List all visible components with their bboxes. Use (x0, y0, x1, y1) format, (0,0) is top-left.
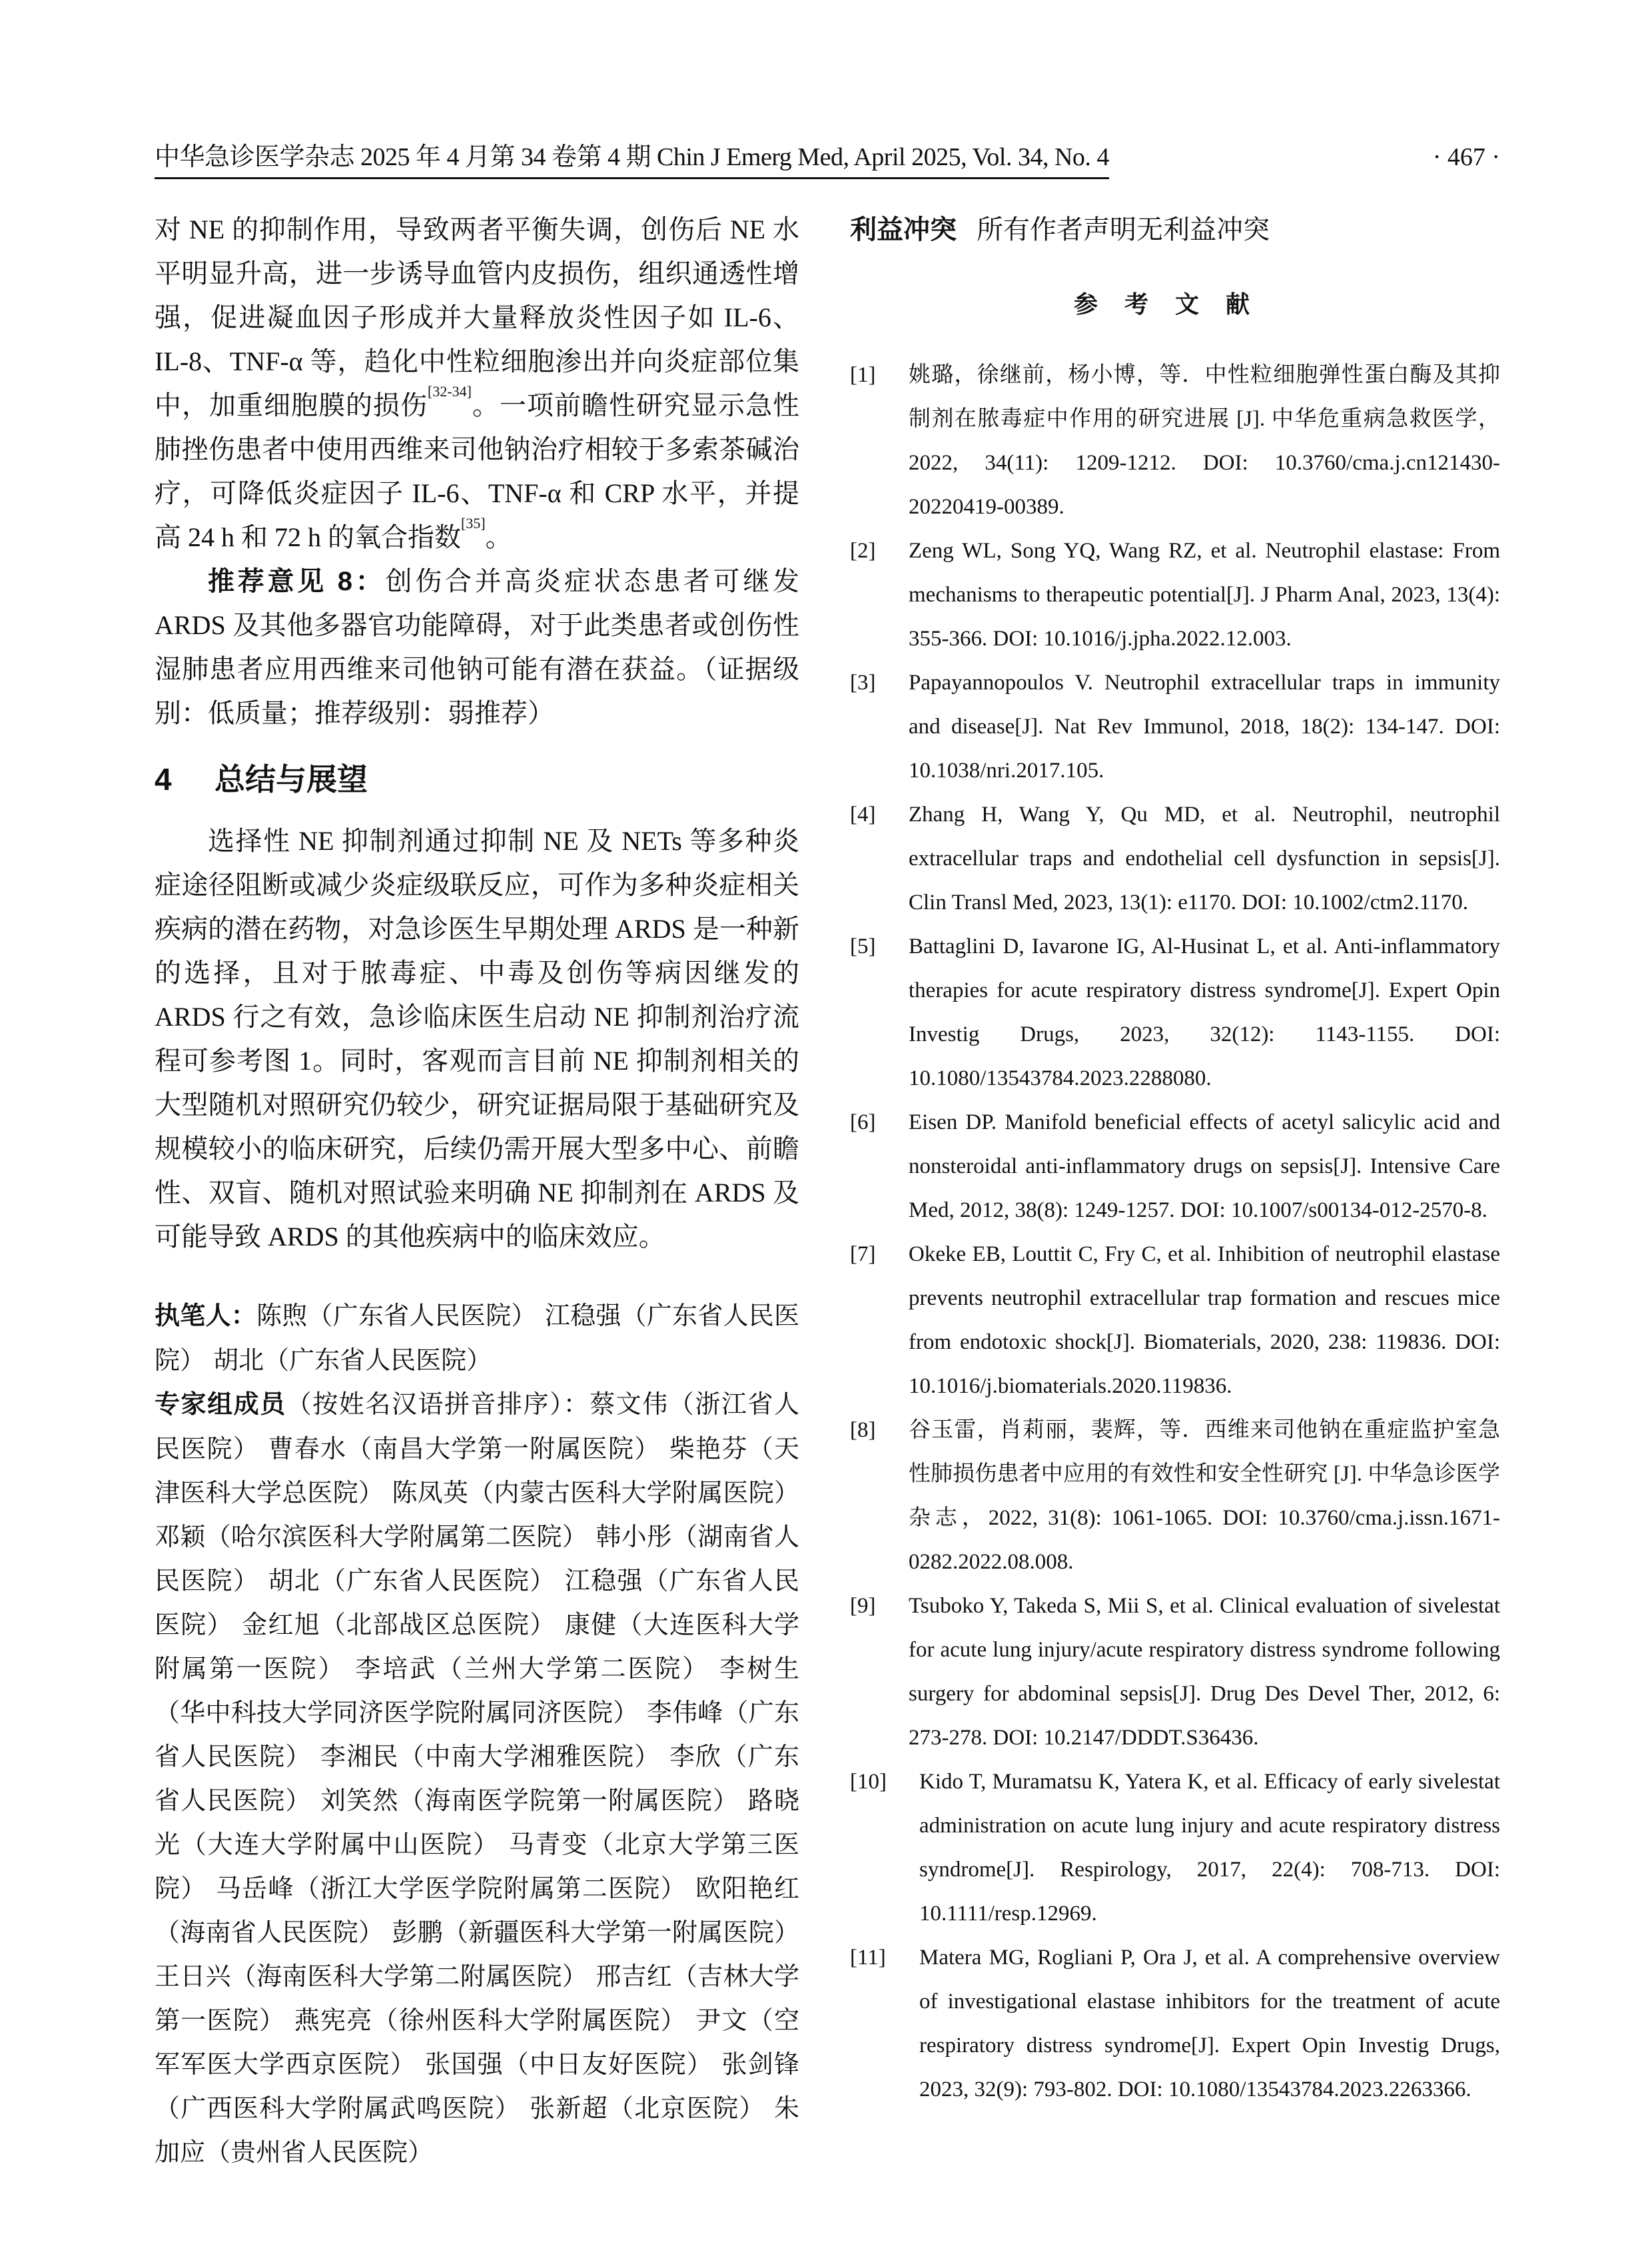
reference-number: [7] (850, 1232, 875, 1276)
writers: 执笔人：陈煦（广东省人民医院） 江稳强（广东省人民医院） 胡北（广东省人民医院） (155, 1294, 799, 1382)
paragraph-trauma-ne: 对 NE 的抑制作用，导致两者平衡失调，创伤后 NE 水平明显升高，进一步诱导血… (155, 208, 799, 560)
citation-32-34: [32-34] (428, 383, 472, 400)
reference-number: [9] (850, 1584, 875, 1628)
reference-number: [3] (850, 661, 875, 705)
reference-item: [4]Zhang H, Wang Y, Qu MD, et al. Neutro… (850, 793, 1500, 925)
summary-paragraph: 选择性 NE 抑制剂通过抑制 NE 及 NETs 等多种炎症途径阻断或减少炎症级… (155, 819, 799, 1259)
recommendation-label: 推荐意见 8： (208, 567, 385, 596)
experts-label: 专家组成员 (155, 1391, 286, 1419)
reference-item: [7]Okeke EB, Louttit C, Fry C, et al. In… (850, 1232, 1500, 1408)
recommendation-8: 推荐意见 8：创伤合并高炎症状态患者可继发 ARDS 及其他多器官功能障碍，对于… (155, 560, 799, 735)
right-column: 利益冲突所有作者声明无利益冲突 参考文献 [1]姚璐，徐继前，杨小博，等．中性粒… (850, 208, 1500, 2111)
reference-item: [9]Tsuboko Y, Takeda S, Mii S, et al. Cl… (850, 1584, 1500, 1760)
section-heading: 4总结与展望 (155, 759, 799, 799)
reference-item: [1]姚璐，徐继前，杨小博，等．中性粒细胞弹性蛋白酶及其抑制剂在脓毒症中作用的研… (850, 353, 1500, 529)
reference-number: [6] (850, 1100, 875, 1144)
reference-item: [11]Matera MG, Rogliani P, Ora J, et al.… (850, 1936, 1500, 2111)
reference-number: [2] (850, 529, 875, 573)
section-number: 4 (155, 759, 214, 799)
reference-item: [8]谷玉雷，肖莉丽，裴辉，等．西维来司他钠在重症监护室急性肺损伤患者中应用的有… (850, 1408, 1500, 1584)
reference-item: [2]Zeng WL, Song YQ, Wang RZ, et al. Neu… (850, 529, 1500, 661)
reference-number: [10] (850, 1760, 887, 1804)
reference-number: [5] (850, 925, 875, 968)
reference-text: 姚璐，徐继前，杨小博，等．中性粒细胞弹性蛋白酶及其抑制剂在脓毒症中作用的研究进展… (909, 363, 1500, 519)
reference-list: [1]姚璐，徐继前，杨小博，等．中性粒细胞弹性蛋白酶及其抑制剂在脓毒症中作用的研… (850, 353, 1500, 2111)
page-number: · 467 · (1433, 139, 1500, 176)
reference-text: Zhang H, Wang Y, Qu MD, et al. Neutrophi… (909, 803, 1500, 915)
left-column: 对 NE 的抑制作用，导致两者平衡失调，创伤后 NE 水平明显升高，进一步诱导血… (155, 208, 799, 2174)
contributors-block: 执笔人：陈煦（广东省人民医院） 江稳强（广东省人民医院） 胡北（广东省人民医院）… (155, 1294, 799, 2174)
conflict-text: 所有作者声明无利益冲突 (977, 214, 1270, 244)
reference-text: Matera MG, Rogliani P, Ora J, et al. A c… (919, 1946, 1500, 2101)
reference-item: [5]Battaglini D, Iavarone IG, Al-Husinat… (850, 925, 1500, 1100)
reference-text: 谷玉雷，肖莉丽，裴辉，等．西维来司他钠在重症监护室急性肺损伤患者中应用的有效性和… (909, 1418, 1500, 1574)
reference-text: Tsuboko Y, Takeda S, Mii S, et al. Clini… (909, 1594, 1500, 1750)
experts: 专家组成员（按姓名汉语拼音排序）：蔡文伟（浙江省人民医院） 曹春水（南昌大学第一… (155, 1382, 799, 2174)
reference-text: Zeng WL, Song YQ, Wang RZ, et al. Neutro… (909, 539, 1500, 651)
experts-sort-note: （按姓名汉语拼音排序）： (286, 1389, 590, 1419)
references-heading: 参考文献 (850, 288, 1500, 321)
citation-35: [35] (461, 515, 486, 532)
writers-label: 执笔人： (155, 1302, 256, 1330)
conflict-of-interest: 利益冲突所有作者声明无利益冲突 (850, 208, 1500, 252)
reference-text: Papayannopoulos V. Neutrophil extracellu… (909, 671, 1500, 783)
reference-text: Kido T, Muramatsu K, Yatera K, et al. Ef… (919, 1770, 1500, 1926)
reference-item: [10]Kido T, Muramatsu K, Yatera K, et al… (850, 1760, 1500, 1936)
conflict-label: 利益冲突 (850, 215, 957, 244)
reference-text: Okeke EB, Louttit C, Fry C, et al. Inhib… (909, 1242, 1500, 1398)
reference-number: [11] (850, 1936, 886, 1980)
reference-item: [6]Eisen DP. Manifold beneficial effects… (850, 1100, 1500, 1232)
paragraph-text: 对 NE 的抑制作用，导致两者平衡失调，创伤后 NE 水平明显升高，进一步诱导血… (155, 214, 799, 420)
reference-number: [1] (850, 353, 875, 397)
reference-number: [8] (850, 1408, 875, 1452)
reference-text: Battaglini D, Iavarone IG, Al-Husinat L,… (909, 934, 1500, 1090)
section-title: 总结与展望 (214, 762, 368, 797)
reference-text: Eisen DP. Manifold beneficial effects of… (909, 1110, 1500, 1222)
reference-item: [3]Papayannopoulos V. Neutrophil extrace… (850, 661, 1500, 793)
reference-number: [4] (850, 793, 875, 837)
paragraph-text: 。 (486, 522, 512, 552)
experts-list: 蔡文伟（浙江省人民医院） 曹春水（南昌大学第一附属医院） 柴艳芬（天津医科大学总… (155, 1389, 799, 2167)
journal-citation-line: 中华急诊医学杂志 2025 年 4 月第 34 卷第 4 期 Chin J Em… (155, 139, 1109, 179)
running-header: 中华急诊医学杂志 2025 年 4 月第 34 卷第 4 期 Chin J Em… (155, 139, 1500, 179)
